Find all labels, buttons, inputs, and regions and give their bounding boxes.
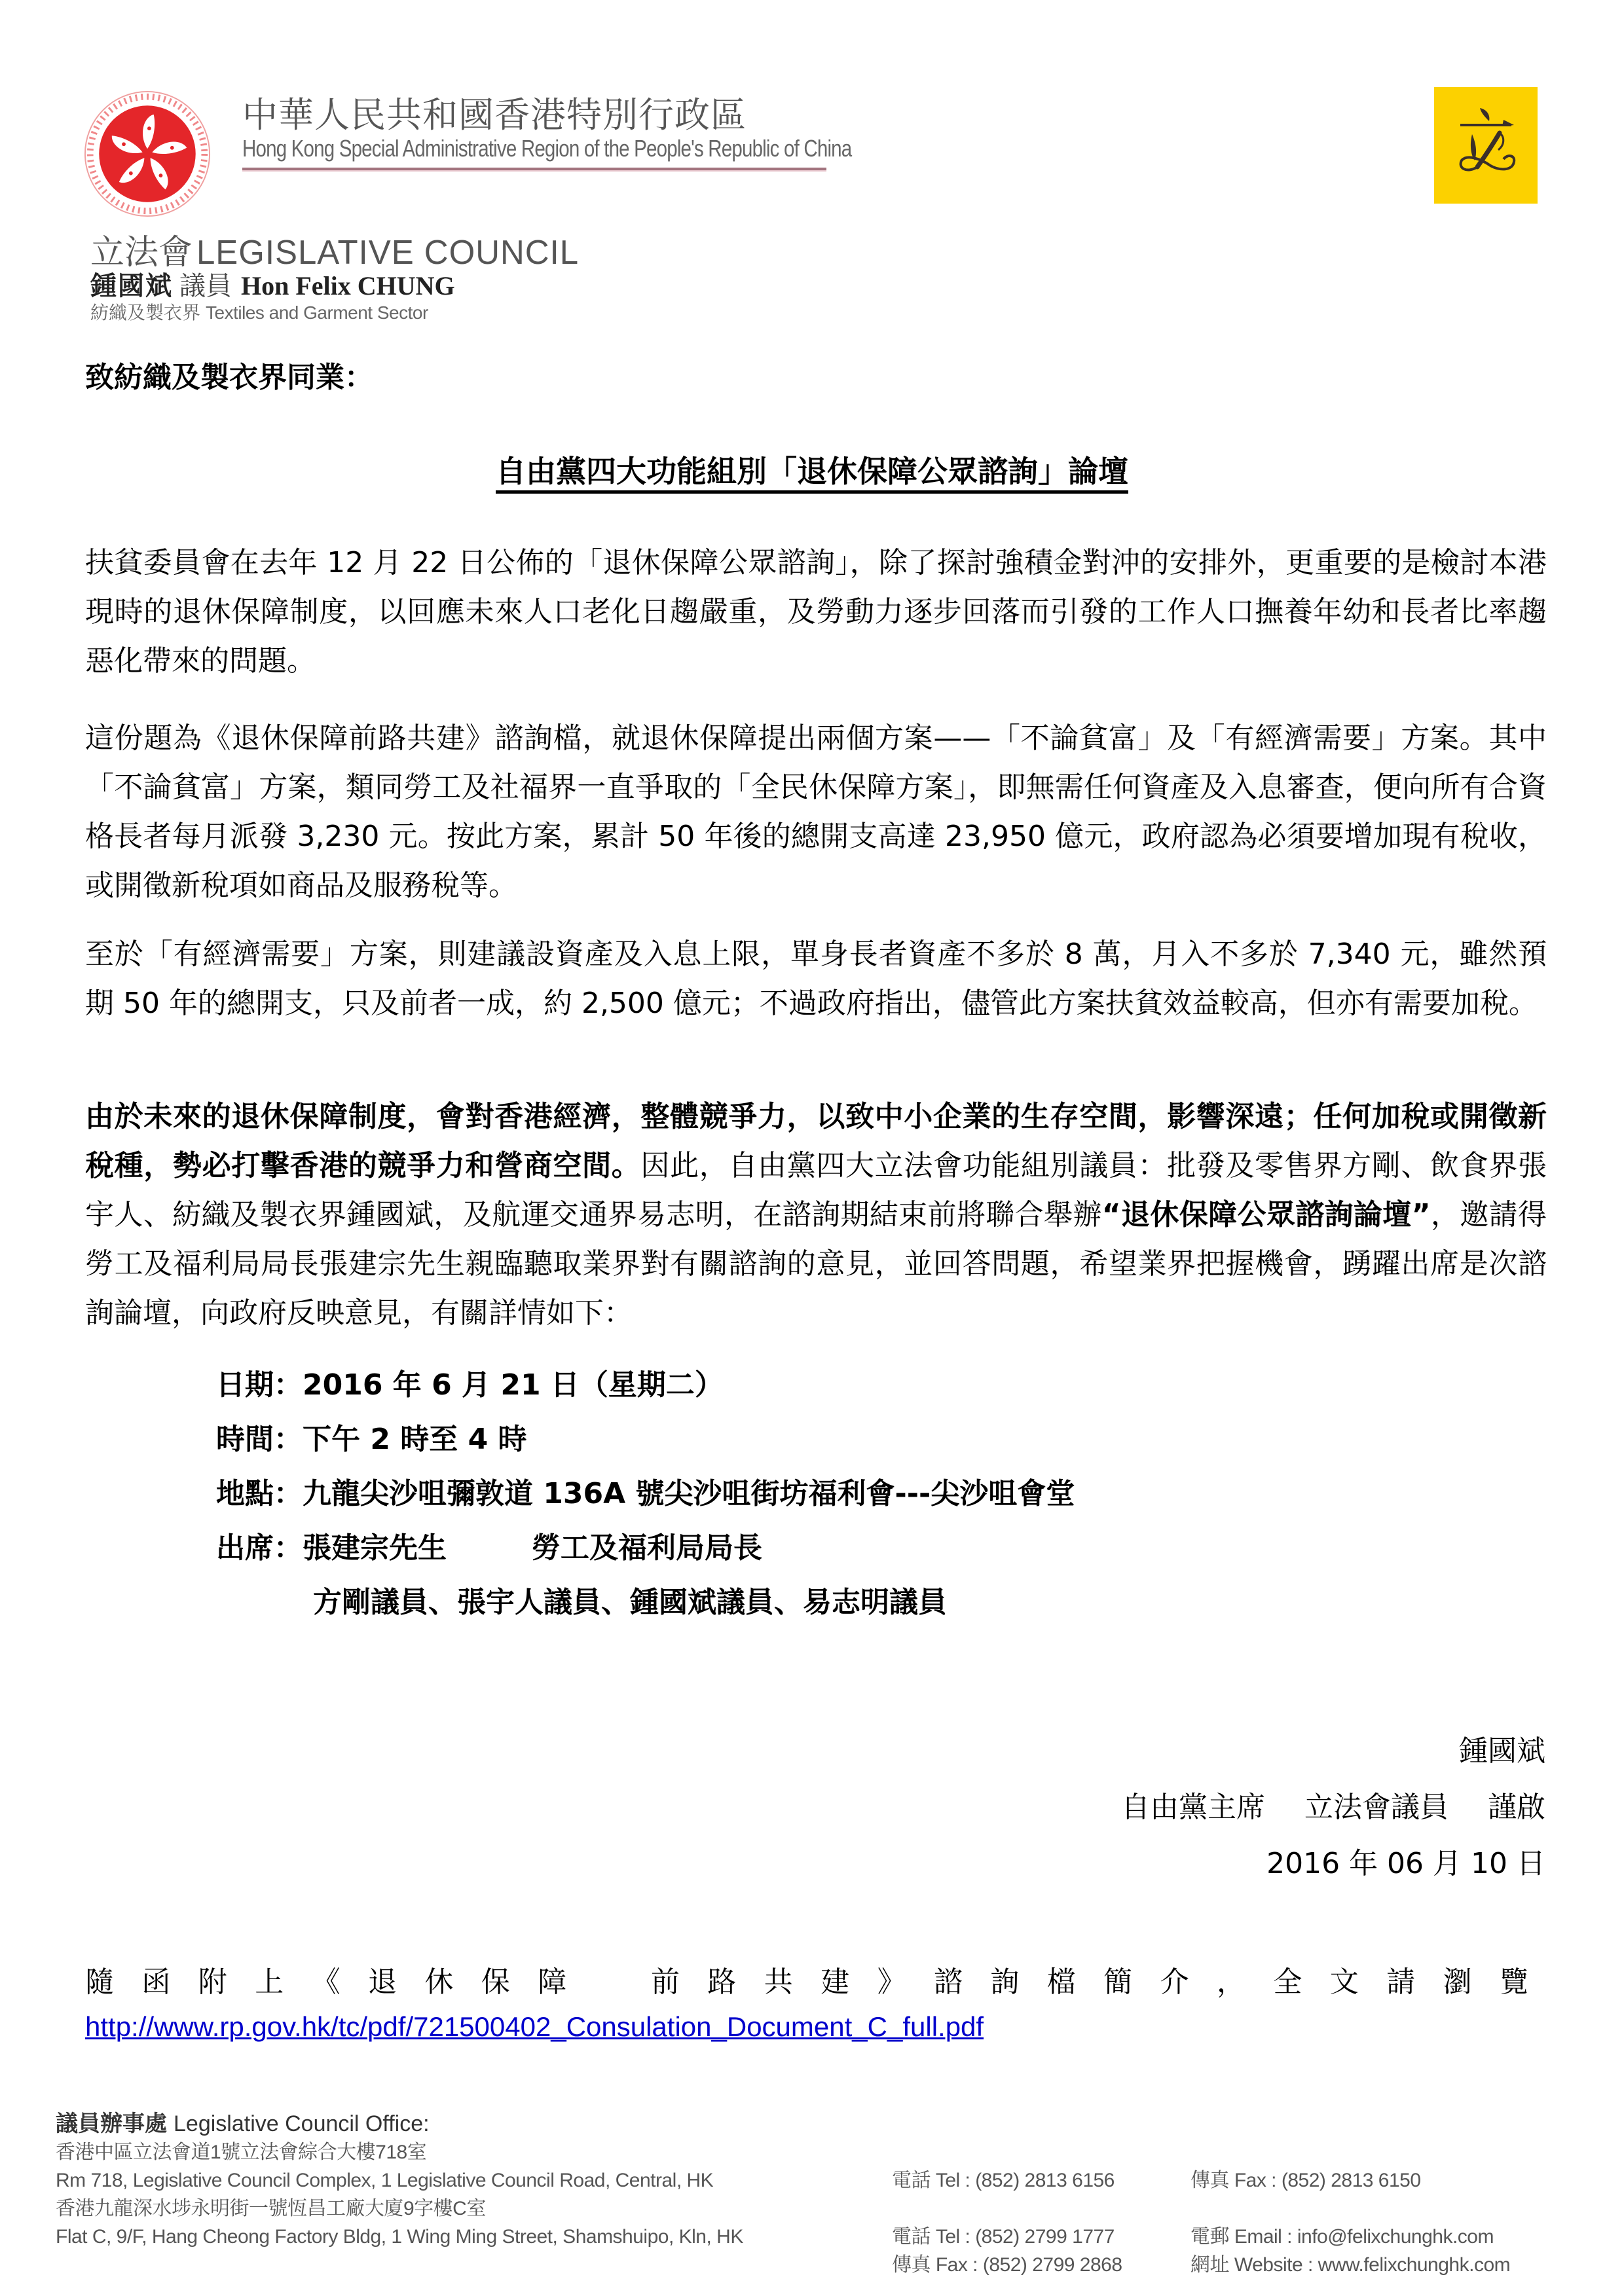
footer-office-addresses: 議員辦事處Legislative Council Office: 香港中區立法會… [56, 2109, 743, 2251]
office-2-tel: 電話 Tel : (852) 2799 1777 [892, 2223, 1115, 2251]
member-name-en: Hon Felix CHUNG [241, 271, 455, 301]
attendee-title: 勞工及福利局局長 [532, 1531, 762, 1565]
sector-zh: 紡織及製衣界 [90, 302, 200, 323]
address-1-zh: 香港中區立法會道1號立法會綜合大樓718室 [56, 2138, 743, 2166]
council-name-en: LEGISLATIVE COUNCIL [196, 234, 579, 271]
paragraph-2: 這份題為《退休保障前路共建》諮詢檔，就退休保障提出兩個方案——「不論貧富」及「有… [85, 714, 1547, 910]
attendee-name: 張建宗先生 [303, 1531, 447, 1565]
event-attendees-row: 出席：張建宗先生勞工及福利局局長 [216, 1521, 1075, 1575]
closing: 謹啟 [1488, 1791, 1545, 1824]
council-name: 立法會LEGISLATIVE COUNCIL [90, 234, 583, 271]
member-name-zh: 鍾國斌 [90, 271, 173, 301]
paragraph-4: 由於未來的退休保障制度，會對香港經濟，整體競爭力，以致中小企業的生存空間，影響深… [85, 1092, 1547, 1338]
salutation: 致紡織及製衣界同業： [85, 359, 373, 397]
member-name: 鍾國斌議員Hon Felix CHUNG [90, 271, 455, 301]
email-address[interactable]: 電郵 Email : info@felixchunghk.com [1190, 2223, 1494, 2251]
sector-en: Textiles and Garment Sector [206, 302, 428, 323]
event-date-label: 日期： [216, 1368, 303, 1402]
event-date-value: 2016 年 6 月 21 日（星期二） [303, 1368, 724, 1402]
office-1-fax: 傳真 Fax : (852) 2813 6150 [1190, 2166, 1421, 2195]
website-address[interactable]: 網址 Website : www.felixchunghk.com [1190, 2251, 1510, 2279]
event-time-value: 下午 2 時至 4 時 [303, 1423, 527, 1456]
footer-heading: 議員辦事處Legislative Council Office: [56, 2109, 743, 2138]
footer-heading-en: Legislative Council Office: [174, 2111, 430, 2136]
event-details: 日期：2016 年 6 月 21 日（星期二） 時間：下午 2 時至 4 時 地… [216, 1358, 1075, 1630]
signatory-title-2: 立法會議員 [1304, 1791, 1449, 1824]
office-2-fax: 傳真 Fax : (852) 2799 2868 [892, 2251, 1122, 2279]
address-2-en: Flat C, 9/F, Hang Cheong Factory Bldg, 1… [56, 2223, 743, 2251]
letter-date: 2016 年 06 月 10 日 [1121, 1836, 1545, 1892]
event-attendees-row-2: 方剛議員、張宇人議員、鍾國斌議員、易志明議員 [216, 1575, 1075, 1630]
council-name-zh: 立法會 [90, 233, 193, 272]
legco-logo-icon [1434, 87, 1538, 204]
event-venue-value: 九龍尖沙咀彌敦道 136A 號尖沙咀街坊福利會---尖沙咀會堂 [303, 1477, 1075, 1510]
signatory-title-1: 自由黨主席 [1121, 1791, 1265, 1824]
consultation-document-link[interactable]: http://www.rp.gov.hk/tc/pdf/721500402_Co… [85, 2007, 984, 2047]
forum-name-emphasis: “退休保障公眾諮詢論壇” [1102, 1198, 1431, 1231]
office-1-tel: 電話 Tel : (852) 2813 6156 [892, 2166, 1115, 2195]
document-title-text: 自由黨四大功能組別「退休保障公眾諮詢」論壇 [496, 454, 1128, 494]
event-attendees-label: 出席： [216, 1531, 303, 1565]
event-time-label: 時間： [216, 1423, 303, 1456]
signatory-titles: 自由黨主席立法會議員謹啟 [1121, 1779, 1545, 1836]
attachment-note: 隨函附上《退休保障 前路共建》諮詢檔簡介，全文請瀏覽 [85, 1958, 1547, 2007]
footer-heading-zh: 議員辦事處 [56, 2111, 167, 2137]
region-name-zh: 中華人民共和國香港特別行政區 [242, 96, 747, 135]
member-role-zh: 議員 [179, 271, 232, 301]
paragraph-1: 扶貧委員會在去年 12 月 22 日公佈的「退休保障公眾諮詢」，除了探討強積金對… [85, 538, 1547, 685]
hksar-emblem-icon [84, 90, 211, 217]
region-name-en: Hong Kong Special Administrative Region … [242, 136, 851, 162]
signature-block: 鍾國斌 自由黨主席立法會議員謹啟 2016 年 06 月 10 日 [1121, 1723, 1545, 1892]
member-sector: 紡織及製衣界Textiles and Garment Sector [90, 302, 428, 323]
address-1-en: Rm 718, Legislative Council Complex, 1 L… [56, 2166, 743, 2195]
event-venue-row: 地點：九龍尖沙咀彌敦道 136A 號尖沙咀街坊福利會---尖沙咀會堂 [216, 1467, 1075, 1521]
paragraph-3: 至於「有經濟需要」方案，則建議設資產及入息上限，單身長者資產不多於 8 萬，月入… [85, 930, 1547, 1028]
document-title: 自由黨四大功能組別「退休保障公眾諮詢」論壇 [0, 452, 1624, 491]
event-venue-label: 地點： [216, 1477, 303, 1510]
attendee-legislators: 方剛議員、張宇人議員、鍾國斌議員、易志明議員 [313, 1586, 947, 1619]
event-time-row: 時間：下午 2 時至 4 時 [216, 1412, 1075, 1467]
signatory-name: 鍾國斌 [1121, 1723, 1545, 1779]
letterhead-divider-shadow [242, 170, 826, 172]
address-2-zh: 香港九龍深水埗永明街一號恆昌工廠大廈9字樓C室 [56, 2195, 743, 2223]
event-date-row: 日期：2016 年 6 月 21 日（星期二） [216, 1358, 1075, 1412]
